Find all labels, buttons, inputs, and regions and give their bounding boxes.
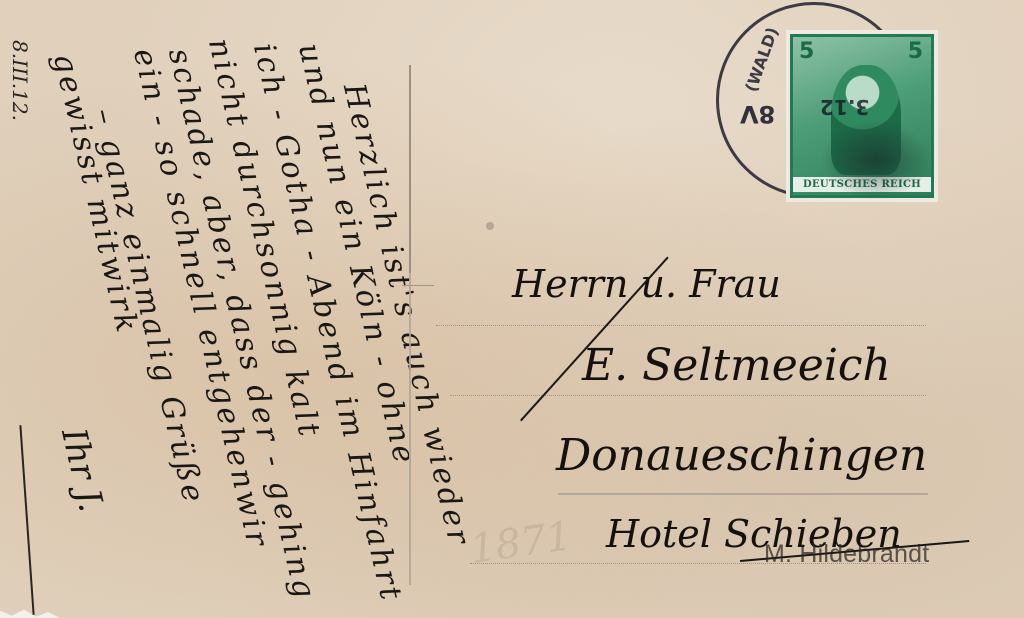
postmark-date: 3.12 [820,95,869,119]
postmark-time: 8V [740,100,775,128]
address-name: E. Seltmeeich [582,340,891,391]
address-rule [450,395,926,396]
divider-tick [402,285,434,286]
address-rule [558,493,928,495]
paper-dent [486,222,494,230]
address-city: Donaueschingen [556,430,927,481]
center-divider [409,65,411,585]
message-text: Herzlich ist's auch wieder und nun ein K… [20,20,410,610]
stamp-value-left: 5 [799,39,814,64]
address-rule [436,325,926,326]
postcard: 8.III.12. Herzlich ist's auch wieder und… [0,0,1024,618]
watermark: M. Hildebrandt [764,540,929,569]
address-salutation: Herrn u. Frau [512,262,781,306]
cancellation-blot [820,120,930,200]
stamp-value-right: 5 [908,39,923,64]
